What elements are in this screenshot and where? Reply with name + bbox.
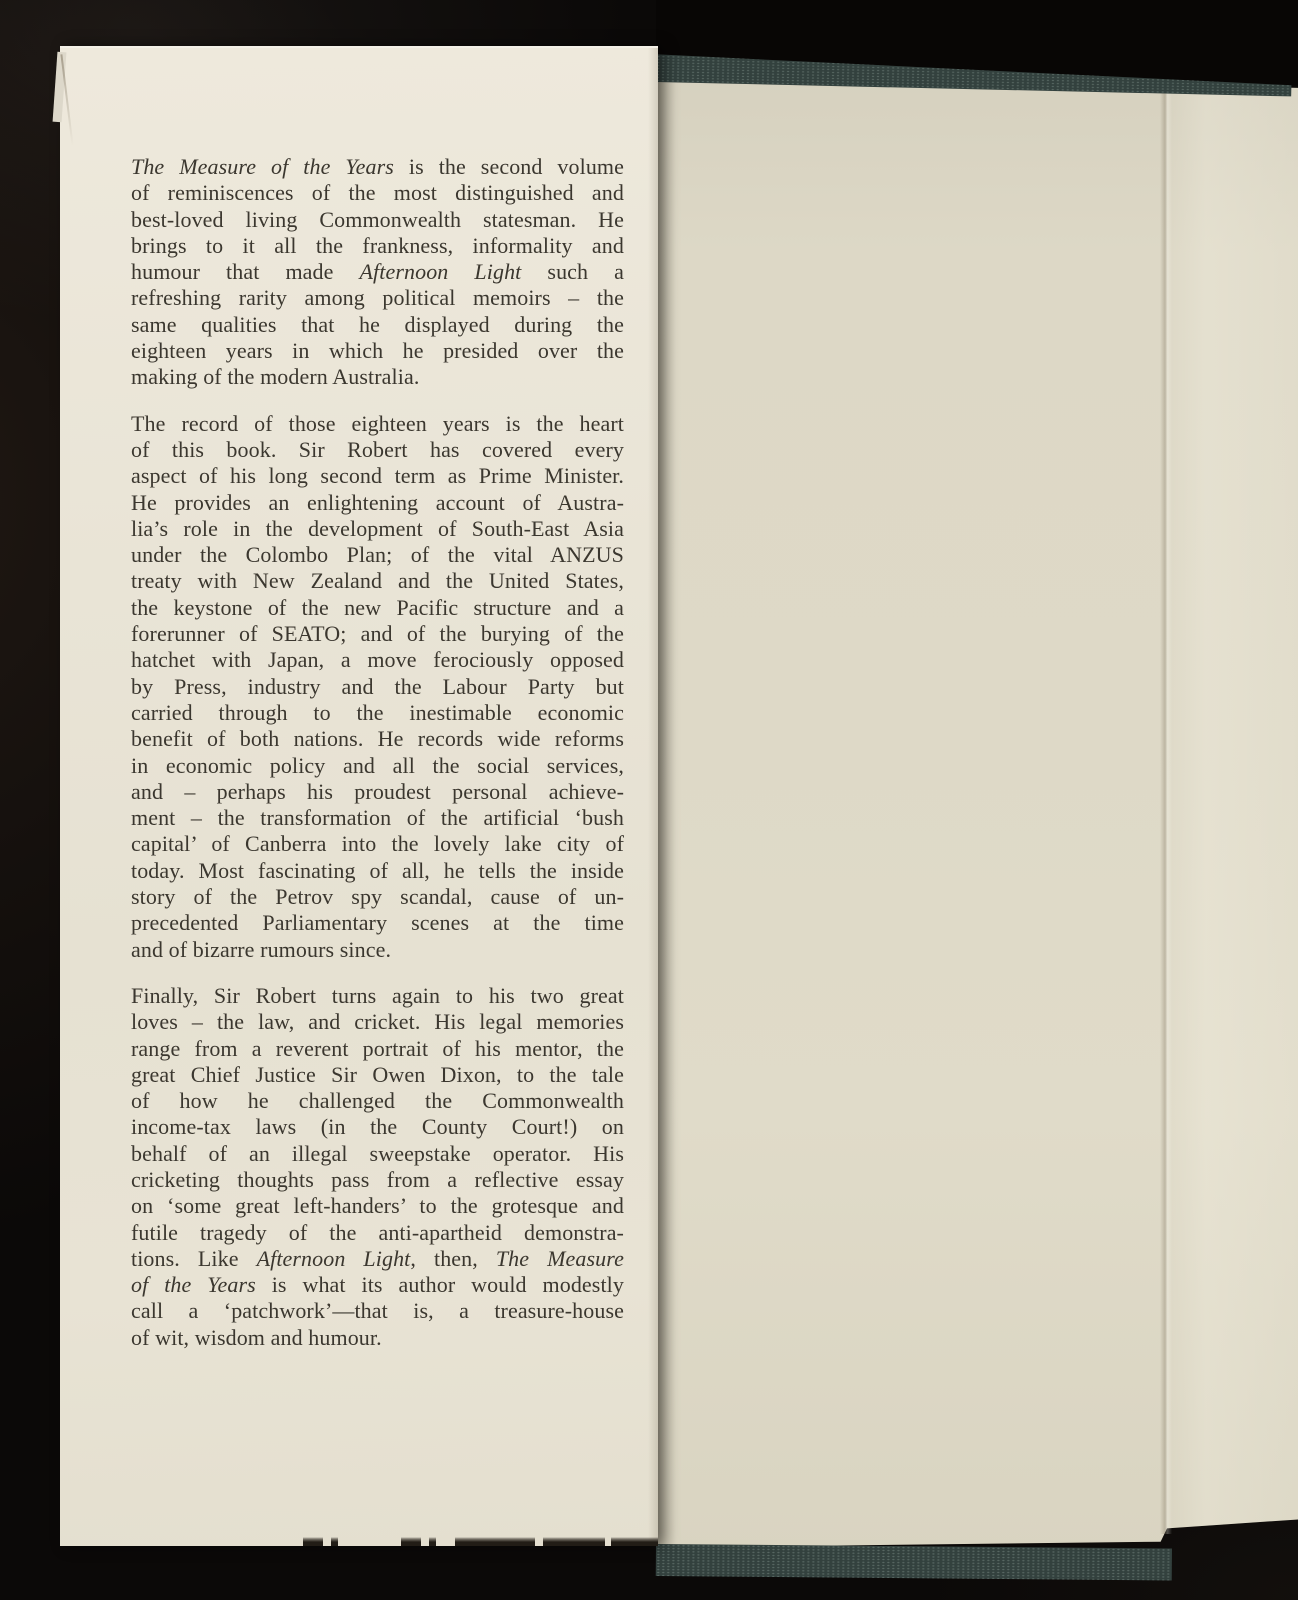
flap-line: precedented Parliamentary scenes at the … <box>131 910 624 936</box>
flap-line: futile tragedy of the anti-apartheid dem… <box>131 1220 624 1246</box>
flap-line: of the Years is what its author would mo… <box>131 1272 624 1298</box>
flap-line: of this book. Sir Robert has covered eve… <box>131 437 624 463</box>
flap-line: story of the Petrov spy scandal, cause o… <box>131 884 624 910</box>
flap-line: lia’s role in the development of South-E… <box>131 516 624 542</box>
flap-line: humour that made Afternoon Light such a <box>131 259 624 285</box>
flap-line: and of bizarre rumours since. <box>131 937 624 963</box>
flap-line: great Chief Justice Sir Owen Dixon, to t… <box>131 1062 624 1088</box>
endpaper-crease <box>1160 88 1172 1534</box>
flap-line: benefit of both nations. He records wide… <box>131 726 624 752</box>
inside-cover-endpaper <box>656 76 1298 1558</box>
flap-line: same qualities that he displayed during … <box>131 312 624 338</box>
flap-paragraph-1: The Measure of the Years is the second v… <box>131 154 624 391</box>
flap-line: hatchet with Japan, a move ferociously o… <box>131 647 624 673</box>
flap-line: The record of those eighteen years is th… <box>131 411 624 437</box>
flap-line: of wit, wisdom and humour. <box>131 1325 624 1351</box>
flap-line: behalf of an illegal sweepstake operator… <box>131 1141 624 1167</box>
flap-line: brings to it all the frankness, informal… <box>131 233 624 259</box>
flap-fold-shadow <box>656 60 676 1554</box>
flap-paragraph-3: Finally, Sir Robert turns again to his t… <box>131 983 624 1351</box>
flap-line: in economic policy and all the social se… <box>131 753 624 779</box>
flap-line: eighteen years in which he presided over… <box>131 338 624 364</box>
flap-line: forerunner of SEATO; and of the burying … <box>131 621 624 647</box>
flap-line: loves – the law, and cricket. His legal … <box>131 1009 624 1035</box>
flap-line: by Press, industry and the Labour Party … <box>131 674 624 700</box>
flap-line: the keystone of the new Pacific structur… <box>131 595 624 621</box>
flap-line: of how he challenged the Commonwealth <box>131 1088 624 1114</box>
flap-line: call a ‘patchwork’—that is, a treasure-h… <box>131 1298 624 1324</box>
flap-line: range from a reverent portrait of his me… <box>131 1036 624 1062</box>
flap-line: treaty with New Zealand and the United S… <box>131 568 624 594</box>
flap-line: capital’ of Canberra into the lovely lak… <box>131 831 624 857</box>
flap-line: of reminiscences of the most distinguish… <box>131 180 624 206</box>
cloth-turn-in-bottom <box>656 1544 1172 1581</box>
dust-jacket-front-flap: The Measure of the Years is the second v… <box>60 46 658 1546</box>
flap-line: cricketing thoughts pass from a reflecti… <box>131 1167 624 1193</box>
flap-line: refreshing rarity among political memoir… <box>131 285 624 311</box>
flap-line: aspect of his long second term as Prime … <box>131 463 624 489</box>
flap-line: under the Colombo Plan; of the vital ANZ… <box>131 542 624 568</box>
flap-line: Finally, Sir Robert turns again to his t… <box>131 983 624 1009</box>
flap-line: and – perhaps his proudest personal achi… <box>131 779 624 805</box>
flap-line: ment – the transformation of the artific… <box>131 805 624 831</box>
book-photo: The Measure of the Years is the second v… <box>0 0 1298 1600</box>
flap-line: best-loved living Commonwealth statesman… <box>131 207 624 233</box>
flap-line: carried through to the inestimable econo… <box>131 700 624 726</box>
flap-blurb: The Measure of the Years is the second v… <box>131 154 624 1351</box>
flap-line: income-tax laws (in the County Court!) o… <box>131 1114 624 1140</box>
cutoff-text-fragment <box>303 1537 658 1546</box>
flap-line: He provides an enlightening account of A… <box>131 490 624 516</box>
flap-line: today. Most fascinating of all, he tells… <box>131 858 624 884</box>
flap-line: The Measure of the Years is the second v… <box>131 154 624 180</box>
flap-line: on ‘some great left-handers’ to the grot… <box>131 1193 624 1219</box>
flap-paragraph-2: The record of those eighteen years is th… <box>131 411 624 963</box>
flap-line: making of the modern Australia. <box>131 364 624 390</box>
flap-line: tions. Like Afternoon Light, then, The M… <box>131 1246 624 1272</box>
